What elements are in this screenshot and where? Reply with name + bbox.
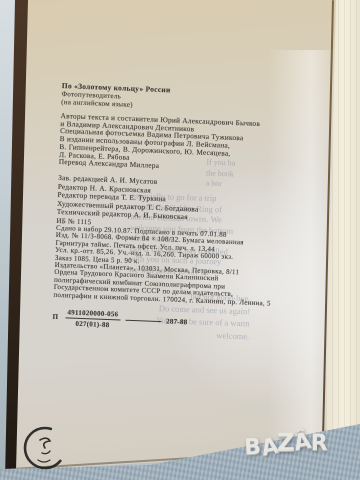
- catalog-fraction: 4911020000-056 027(01)-88: [65, 308, 121, 329]
- watermark-letter: Â: [292, 431, 313, 456]
- book-photo-scene: If you ha the book a bor especially to g…: [0, 0, 360, 480]
- catalog-dash-rule: [125, 320, 161, 322]
- watermark-letter: R: [311, 433, 328, 455]
- ink-stamp-icon: [18, 420, 72, 476]
- publication-data-block: Сдано в набор 29.10.87. Подписано в печа…: [53, 225, 318, 310]
- credits-block: Авторы текста и составители Юрий Алексан…: [59, 112, 323, 176]
- imprint-text-block: По «Золотому кольцу» России Фотопутеводи…: [52, 82, 324, 337]
- catalog-denominator: 027(01)-88: [65, 318, 120, 329]
- book-imprint-page: If you ha the book a bor especially to g…: [0, 0, 360, 480]
- catalog-code: 287-88: [166, 318, 188, 327]
- catalog-prefix: П: [52, 313, 58, 321]
